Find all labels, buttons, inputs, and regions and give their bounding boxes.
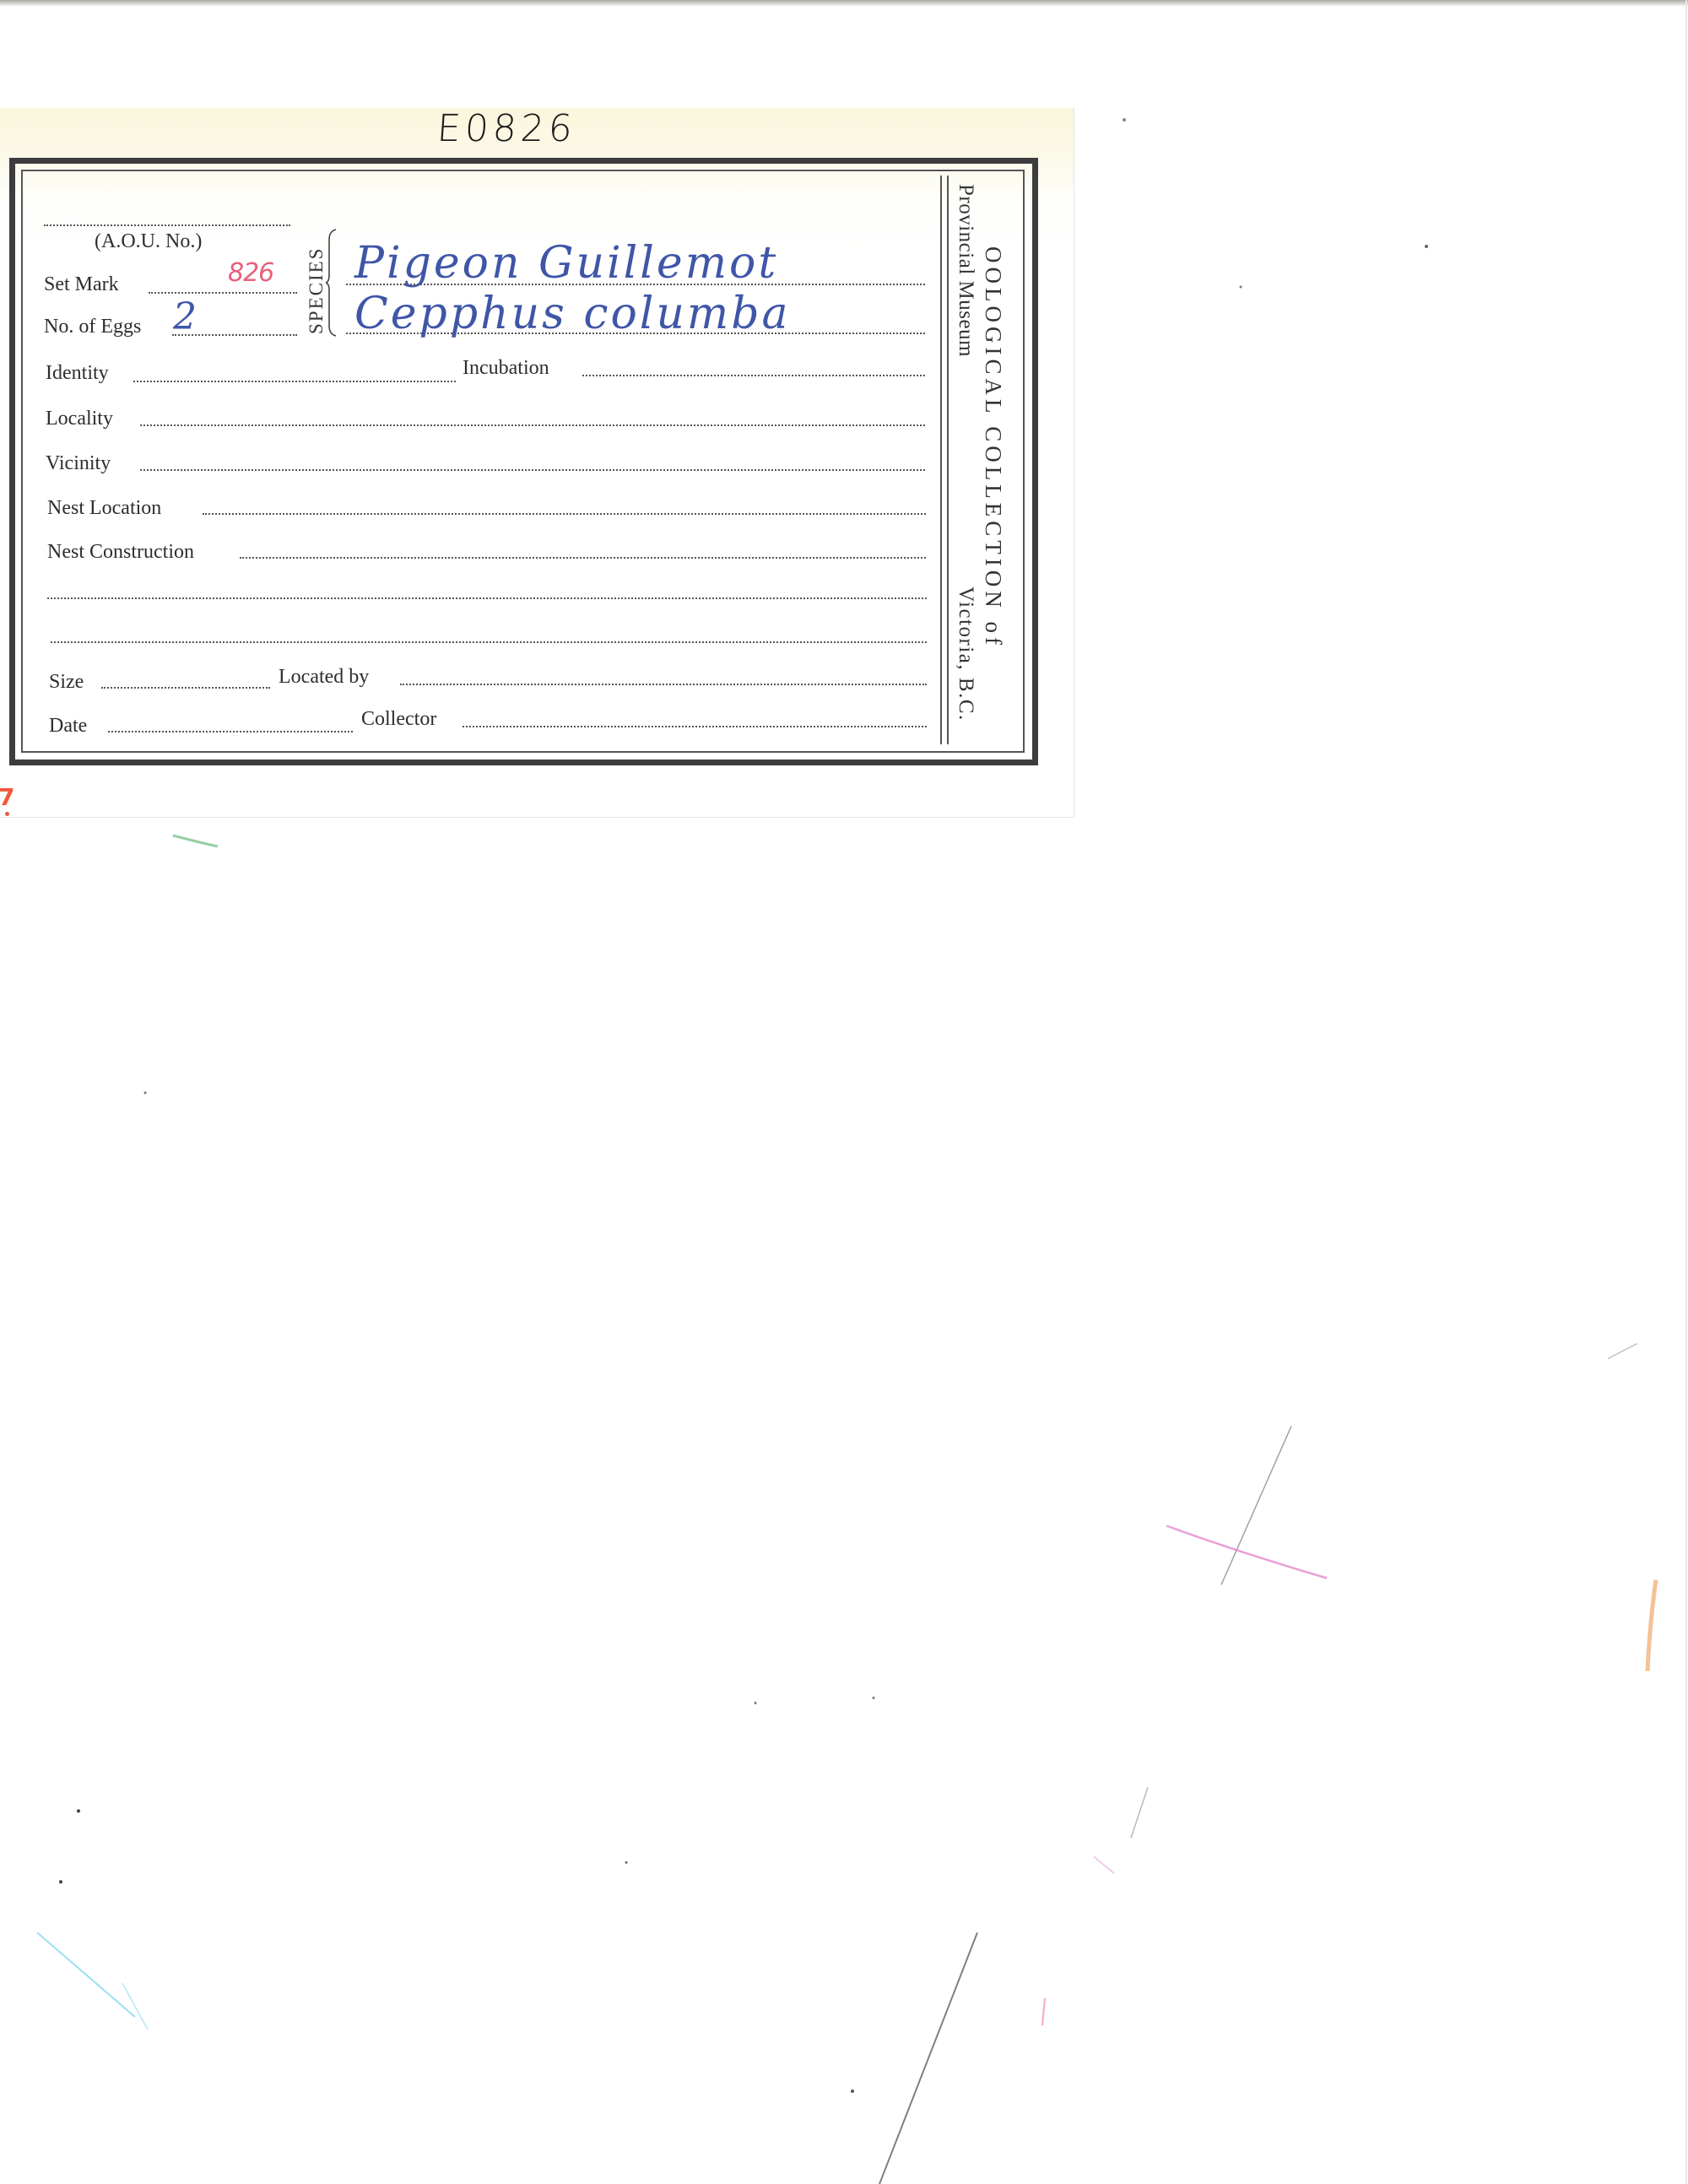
nest-location-label: Nest Location (47, 496, 161, 520)
located-by-field[interactable] (400, 684, 927, 685)
species-common-value: Pigeon Guillemot (354, 238, 778, 289)
institution-location: Victoria, B.C. (954, 587, 977, 722)
identity-label: Identity (46, 361, 109, 385)
column-divider-line (947, 176, 949, 744)
aou-number-line[interactable] (44, 224, 290, 226)
size-field[interactable] (101, 687, 270, 689)
species-scientific-value: Cepphus columba (354, 289, 790, 339)
identity-field[interactable] (133, 381, 456, 382)
species-label: SPECIES (306, 247, 327, 334)
locality-label: Locality (46, 407, 113, 430)
blank-line[interactable] (47, 597, 927, 599)
vicinity-field[interactable] (140, 469, 925, 471)
column-divider-line (940, 176, 942, 744)
aou-number-label: (A.O.U. No.) (95, 230, 202, 253)
set-mark-label: Set Mark (44, 273, 119, 296)
size-label: Size (49, 670, 84, 694)
margin-mark-dot (5, 812, 9, 816)
nest-construction-label: Nest Construction (47, 540, 194, 564)
nest-construction-field[interactable] (240, 557, 926, 559)
incubation-field[interactable] (582, 375, 925, 376)
margin-mark: 7 (0, 785, 14, 810)
scanner-edge-line (1685, 0, 1687, 2184)
locality-field[interactable] (140, 424, 925, 426)
located-by-label: Located by (279, 665, 369, 689)
date-label: Date (49, 714, 87, 738)
blank-line[interactable] (51, 641, 927, 643)
set-mark-field[interactable] (149, 292, 297, 294)
nest-location-field[interactable] (203, 513, 926, 515)
collector-label: Collector (361, 707, 436, 731)
date-field[interactable] (108, 731, 353, 733)
institution-name: Provincial Museum (954, 184, 977, 357)
no-of-eggs-value: 2 (173, 295, 197, 338)
collector-field[interactable] (463, 726, 927, 727)
catalog-number: E0826 (436, 108, 598, 150)
scanner-edge-shadow (0, 0, 1688, 6)
collection-title: OOLOGICAL COLLECTION of (980, 246, 1006, 649)
no-of-eggs-label: No. of Eggs (44, 315, 141, 338)
incubation-label: Incubation (463, 356, 549, 380)
vicinity-label: Vicinity (46, 451, 111, 475)
species-brace-icon (326, 228, 338, 338)
set-mark-value: 826 (228, 258, 273, 288)
